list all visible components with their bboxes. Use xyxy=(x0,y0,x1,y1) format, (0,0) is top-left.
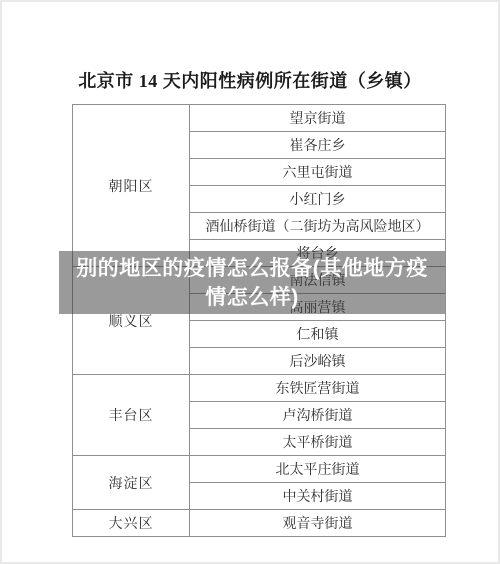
street-cell: 北太平庄街道 xyxy=(190,456,446,483)
street-cell: 酒仙桥街道（二街坊为高风险地区） xyxy=(190,213,446,240)
street-cell: 卢沟桥街道 xyxy=(190,402,446,429)
table-row: 朝阳区 望京街道 xyxy=(73,105,446,132)
street-cell: 后沙峪镇 xyxy=(190,348,446,375)
street-cell: 观音寺街道 xyxy=(190,510,446,537)
table-row: 海淀区 北太平庄街道 xyxy=(73,456,446,483)
table-row: 丰台区 东铁匠营街道 xyxy=(73,375,446,402)
street-cell: 东铁匠营街道 xyxy=(190,375,446,402)
street-cell: 崔各庄乡 xyxy=(190,132,446,159)
street-cell: 望京街道 xyxy=(190,105,446,132)
cases-table: 朝阳区 望京街道 崔各庄乡 六里屯街道 小红门乡 酒仙桥街道（二街坊为高风险地区… xyxy=(72,104,446,537)
district-cell-daxing: 大兴区 xyxy=(73,510,190,537)
caption-line-2: 情怎么样) xyxy=(205,283,299,312)
page-title: 北京市 14 天内阳性病例所在街道（乡镇） xyxy=(2,68,498,94)
street-cell: 仁和镇 xyxy=(190,321,446,348)
district-cell-haidian: 海淀区 xyxy=(73,456,190,510)
street-cell: 中关村街道 xyxy=(190,483,446,510)
street-cell: 六里屯街道 xyxy=(190,159,446,186)
article-image: { "page": { "title": "北京市 14 天内阳性病例所在街道（… xyxy=(0,0,500,564)
table-row: 大兴区 观音寺街道 xyxy=(73,510,446,537)
district-cell-chaoyang: 朝阳区 xyxy=(73,105,190,267)
caption-overlay-banner: 别的地区的疫情怎么报备(其他地方疫 情怎么样) xyxy=(59,251,445,314)
caption-line-1: 别的地区的疫情怎么报备(其他地方疫 xyxy=(76,254,428,283)
street-cell: 太平桥街道 xyxy=(190,429,446,456)
district-cell-fengtai: 丰台区 xyxy=(73,375,190,456)
street-cell: 小红门乡 xyxy=(190,186,446,213)
